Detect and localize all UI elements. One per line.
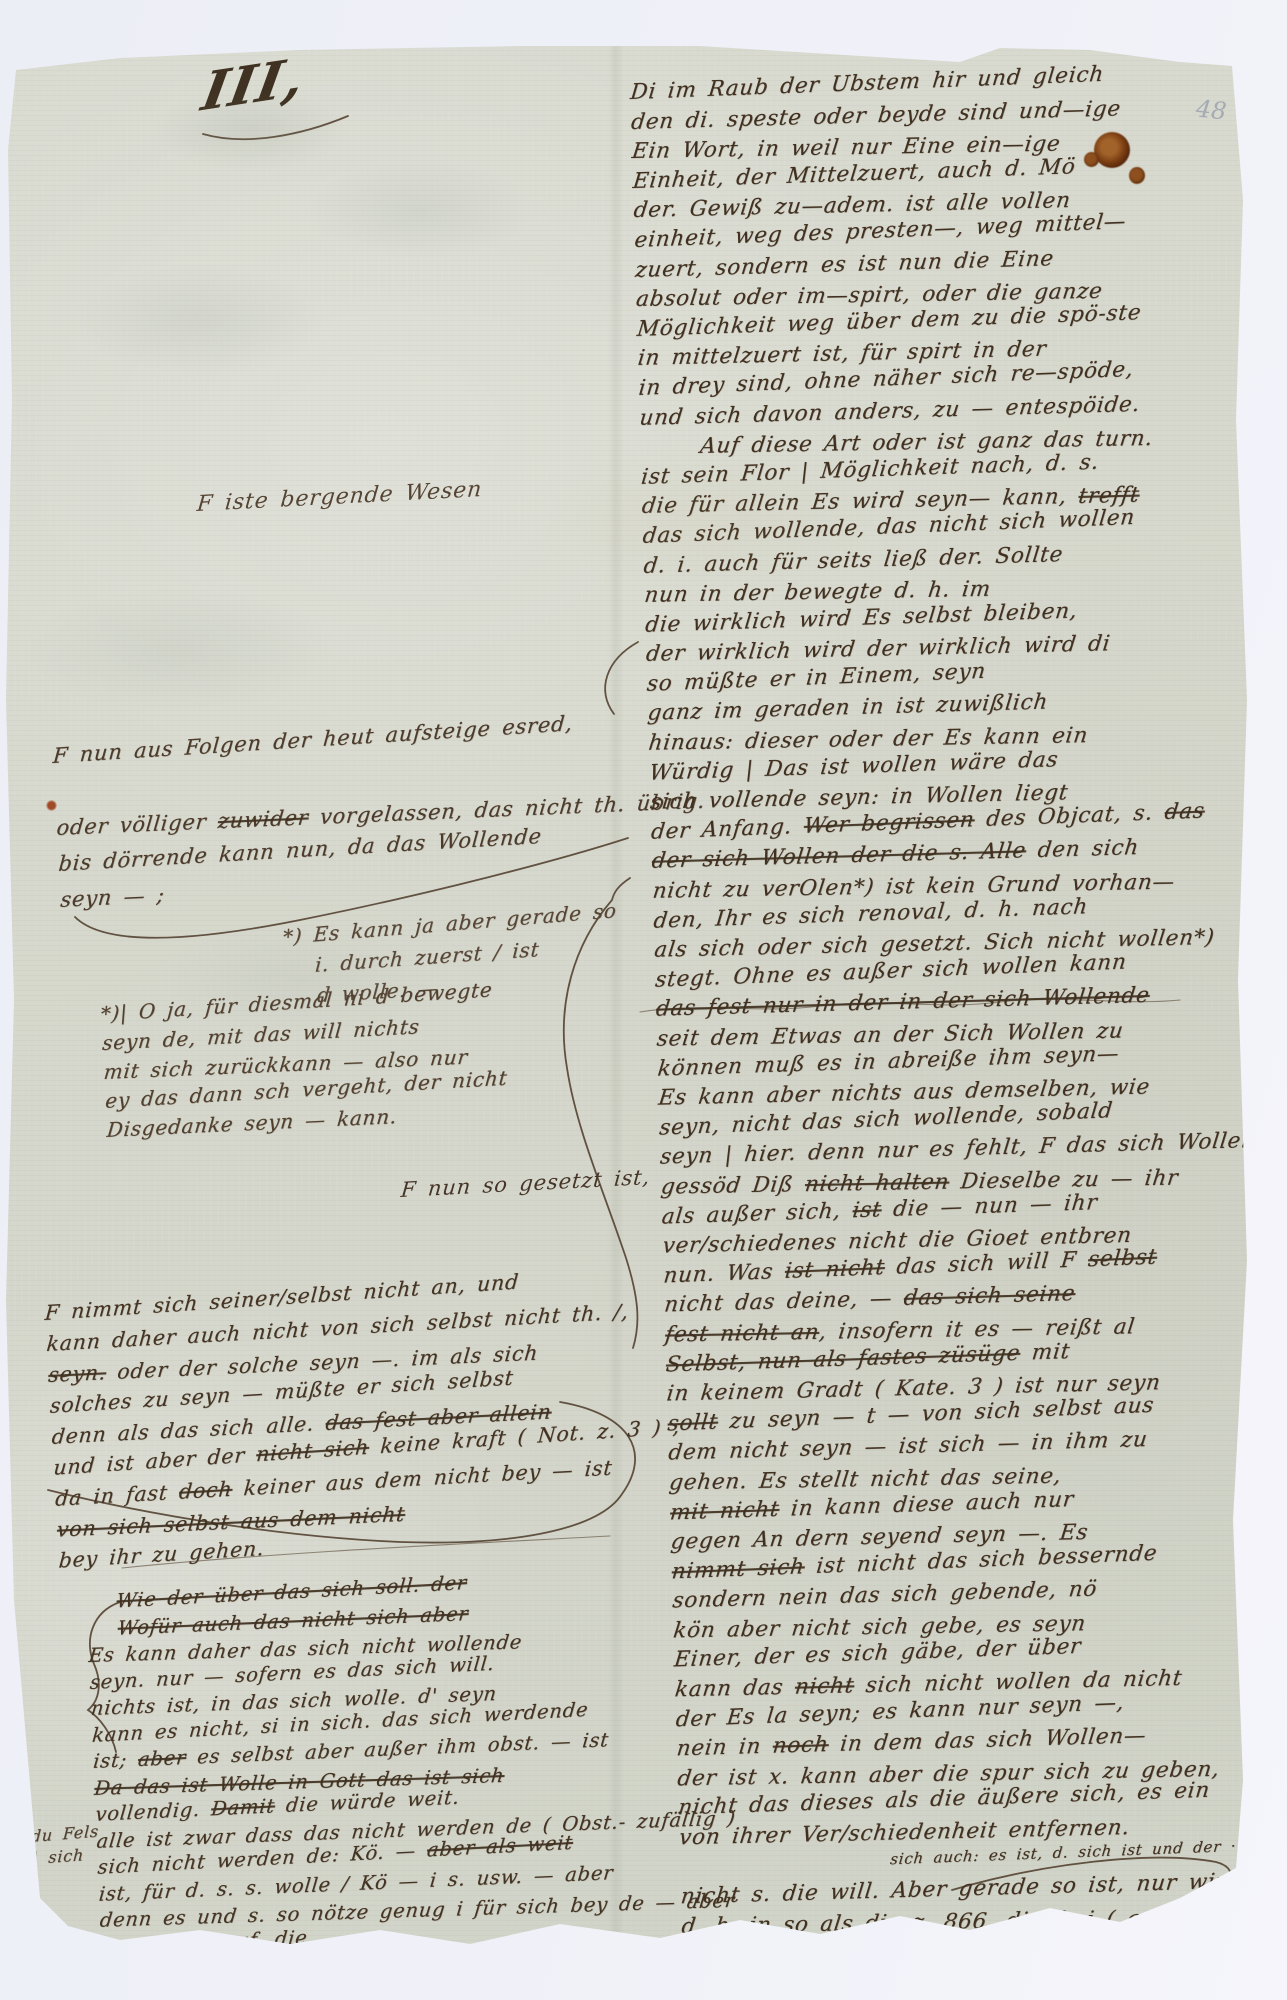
text-segment: nicht sich (255, 1435, 370, 1467)
text-segment: seyn. (47, 1360, 107, 1387)
text-segment: das fest nur in der in der (655, 988, 986, 1022)
text-segment: in der auf, das sich den der ein und ist… (772, 1965, 1170, 1992)
right-column-text: Di im Raub der Ubstem hir und gleichden … (630, 61, 1283, 2000)
text-segment: vollendig. (94, 1797, 212, 1826)
text-segment: die — nun — ihr (880, 1190, 1099, 1222)
text-segment: nimmt sich (670, 1554, 805, 1584)
left-title-line: F iste bergende Wesen (196, 477, 483, 517)
text-segment (54, 779, 68, 804)
left-note-block: F nun aus Folgen der heut aufsteige esre… (52, 704, 711, 918)
text-segment: Wer begrissen (803, 807, 976, 839)
text-segment: das sich will F (884, 1247, 1090, 1280)
text-segment: fest nicht an (664, 1320, 821, 1348)
handwritten-line: | sich (32, 1843, 102, 1870)
text-segment: nicht (794, 1673, 856, 1699)
text-segment: fastes züsüge (857, 1340, 1022, 1370)
text-segment: Selbst, nun als (665, 1346, 860, 1377)
text-segment: gessöd Diß (659, 1172, 806, 1200)
text-segment: noch (771, 1732, 830, 1759)
footnote-asterisk-2: *)| O ja, für diesmal ni d bewegteseyn d… (100, 979, 510, 1145)
text-segment: seyn — ; (59, 883, 165, 912)
left-paragraph-2: Wie der über das sich soll. derWofür auc… (86, 1563, 741, 1960)
text-segment: der Anfang. (650, 814, 805, 845)
scanned-manuscript: { "page": { "heading": "III,", "page_num… (0, 0, 1287, 2000)
text-segment: mit (1019, 1339, 1072, 1366)
text-segment: nicht das deine, — (663, 1286, 905, 1318)
text-segment: ist; (92, 1748, 139, 1773)
text-segment: oder völliger (56, 809, 220, 840)
text-segment: nein in (675, 1734, 774, 1762)
text-segment: den sich (1025, 835, 1141, 863)
text-segment: du Fels (30, 1821, 99, 1846)
text-segment: aber (137, 1746, 187, 1771)
text-segment: da in fast (54, 1480, 180, 1511)
text-segment: ist nicht (784, 1255, 886, 1284)
paper-sheet: 48 III, F iste bergende Wesen F nun aus … (0, 0, 1287, 2000)
text-segment: als außer sich, (661, 1198, 854, 1229)
text-segment: in in auf, die (160, 1925, 309, 1955)
handwritten-line: in der auf, das sich den der ein und ist… (682, 1958, 1285, 2000)
text-segment: zuwider (217, 805, 310, 833)
heading-underline-stroke (203, 116, 348, 139)
text-segment: selbst (1087, 1244, 1158, 1272)
margin-scraps: du Fels| sich (30, 1821, 101, 1870)
text-segment: | sich (32, 1845, 85, 1868)
text-segment: sollt (666, 1409, 719, 1436)
text-segment: ist (851, 1197, 883, 1223)
text-segment: mit nicht (669, 1496, 781, 1525)
text-segment: sich Wollende (983, 983, 1151, 1013)
text-segment: doch (178, 1477, 233, 1504)
text-segment: kann das (674, 1675, 797, 1703)
text-segment: in dem das sich Wollen— (827, 1723, 1147, 1757)
text-segment: das (1163, 798, 1206, 825)
text-segment: das sich seine (902, 1281, 1076, 1311)
text-segment: Damit (210, 1794, 276, 1820)
text-segment: des Objcat, s. (973, 800, 1166, 832)
text-segment: nun. Was (662, 1259, 786, 1289)
heading-roman-numeral: III, (197, 45, 309, 124)
cue-line: F nun so gesetzt ist, (400, 1165, 651, 1202)
left-paragraph-1: F nimmt sich seiner/selbst nicht an, und… (44, 1263, 686, 1577)
text-segment: aber als weit (426, 1831, 574, 1862)
handwritten-line: d. Ein: Es geht auf die ist gegen. stell… (681, 1922, 1284, 1972)
